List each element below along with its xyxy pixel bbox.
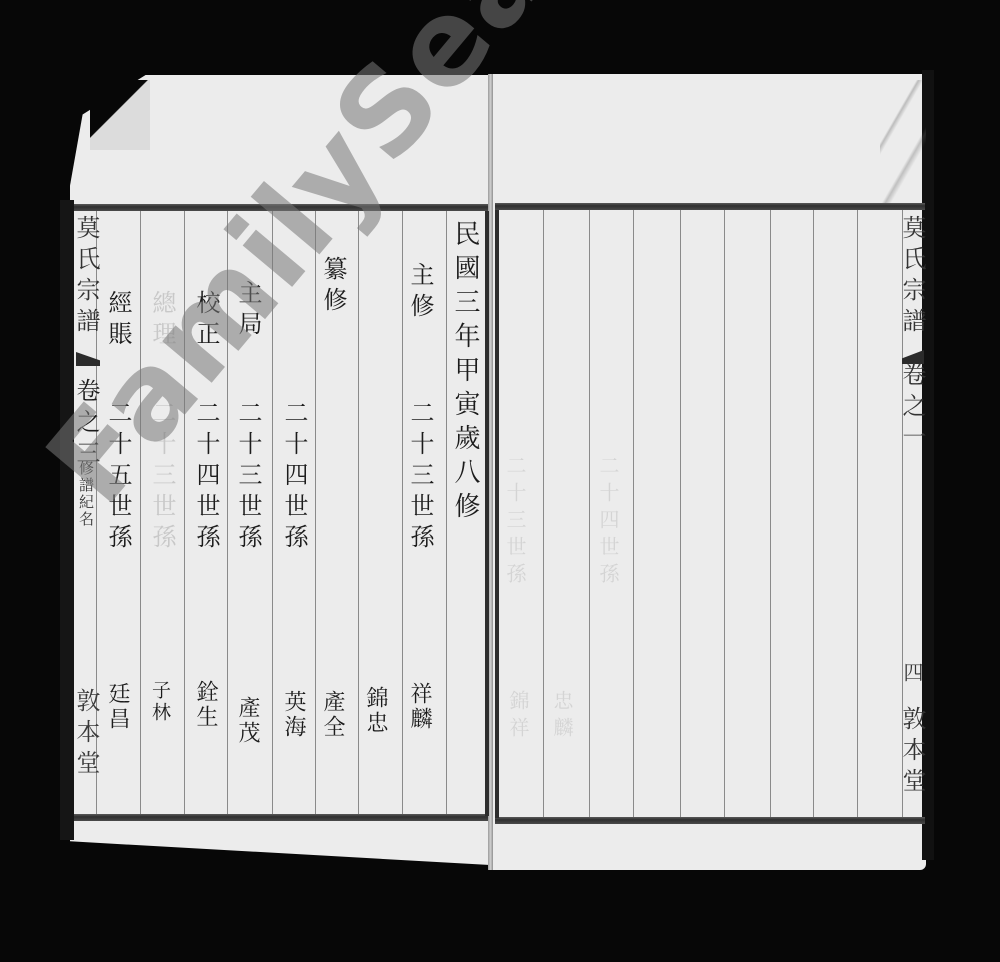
- person-name: 產茂: [236, 696, 258, 746]
- person-name: 錦忠: [364, 686, 386, 736]
- generation-label: 二十五世孫: [106, 400, 130, 555]
- scanned-book-spread: 莫氏宗譜 卷之三 修譜紀名 敦本堂 民國三年甲寅歲八修 主修 二十三世孫 祥麟 …: [0, 0, 1000, 962]
- margin-footer-right: 敦本堂: [900, 706, 924, 799]
- role-title-chief-editor: 主修: [408, 262, 432, 324]
- column-rule: [857, 210, 858, 817]
- column-rule: [633, 210, 634, 817]
- column-rule: [402, 211, 403, 814]
- bottom-frame-rule-left: [74, 814, 488, 821]
- bleed-through-text: 忠麟: [552, 690, 572, 744]
- margin-mark-right: 四: [902, 662, 922, 689]
- revision-heading: 民國三年甲寅歲八修: [452, 220, 478, 526]
- column-rule: [315, 211, 316, 814]
- role-title-bureau-head: 主局: [236, 280, 260, 342]
- column-rule: [680, 210, 681, 817]
- inner-frame-rule-left: [485, 211, 489, 816]
- column-rule: [446, 211, 447, 814]
- column-rule: [724, 210, 725, 817]
- right-page: [492, 74, 926, 870]
- role-title-accountant: 經賬: [106, 290, 130, 352]
- margin-volume-right: 卷之一: [900, 362, 924, 455]
- margin-section-left: 修譜紀名: [78, 460, 93, 528]
- top-frame-rule-right: [495, 203, 925, 210]
- generation-label: 二十四世孫: [282, 400, 306, 555]
- bleed-through-text: 錦祥: [508, 690, 528, 744]
- person-name: 祥麟: [408, 682, 430, 732]
- column-rule: [543, 210, 544, 817]
- column-rule: [813, 210, 814, 817]
- margin-volume-left: 卷之三: [74, 378, 98, 471]
- person-name: 銓生: [194, 680, 216, 730]
- faded-generation-label: 二十三世孫: [150, 400, 174, 555]
- top-frame-rule-left: [74, 204, 488, 211]
- page-crease: [880, 80, 926, 210]
- margin-title-right: 莫氏宗譜: [900, 215, 924, 339]
- column-rule: [770, 210, 771, 817]
- column-rule: [184, 211, 185, 814]
- bleed-through-text: 二十四世孫: [598, 455, 618, 590]
- margin-title-left: 莫氏宗譜: [74, 215, 98, 339]
- person-name: 產全: [321, 690, 343, 740]
- inner-frame-rule-right: [495, 210, 499, 818]
- column-rule: [272, 211, 273, 814]
- column-rule: [358, 211, 359, 814]
- generation-label: 二十三世孫: [236, 400, 260, 555]
- margin-footer-left: 敦本堂: [74, 688, 98, 781]
- person-name: 英海: [282, 690, 304, 740]
- faded-role-title: 總理: [150, 290, 174, 352]
- column-rule: [227, 211, 228, 814]
- person-name: 廷昌: [106, 682, 128, 732]
- bleed-through-text: 二十三世孫: [505, 455, 525, 590]
- column-rule: [589, 210, 590, 817]
- bottom-frame-rule-right: [495, 817, 925, 824]
- generation-label: 二十三世孫: [408, 400, 432, 555]
- person-name: 子林: [150, 680, 169, 724]
- generation-label: 二十四世孫: [194, 400, 218, 555]
- column-rule: [140, 211, 141, 814]
- role-title-proofreader: 校正: [194, 290, 218, 352]
- role-title-compiler: 纂修: [321, 256, 345, 318]
- torn-corner: [90, 80, 150, 150]
